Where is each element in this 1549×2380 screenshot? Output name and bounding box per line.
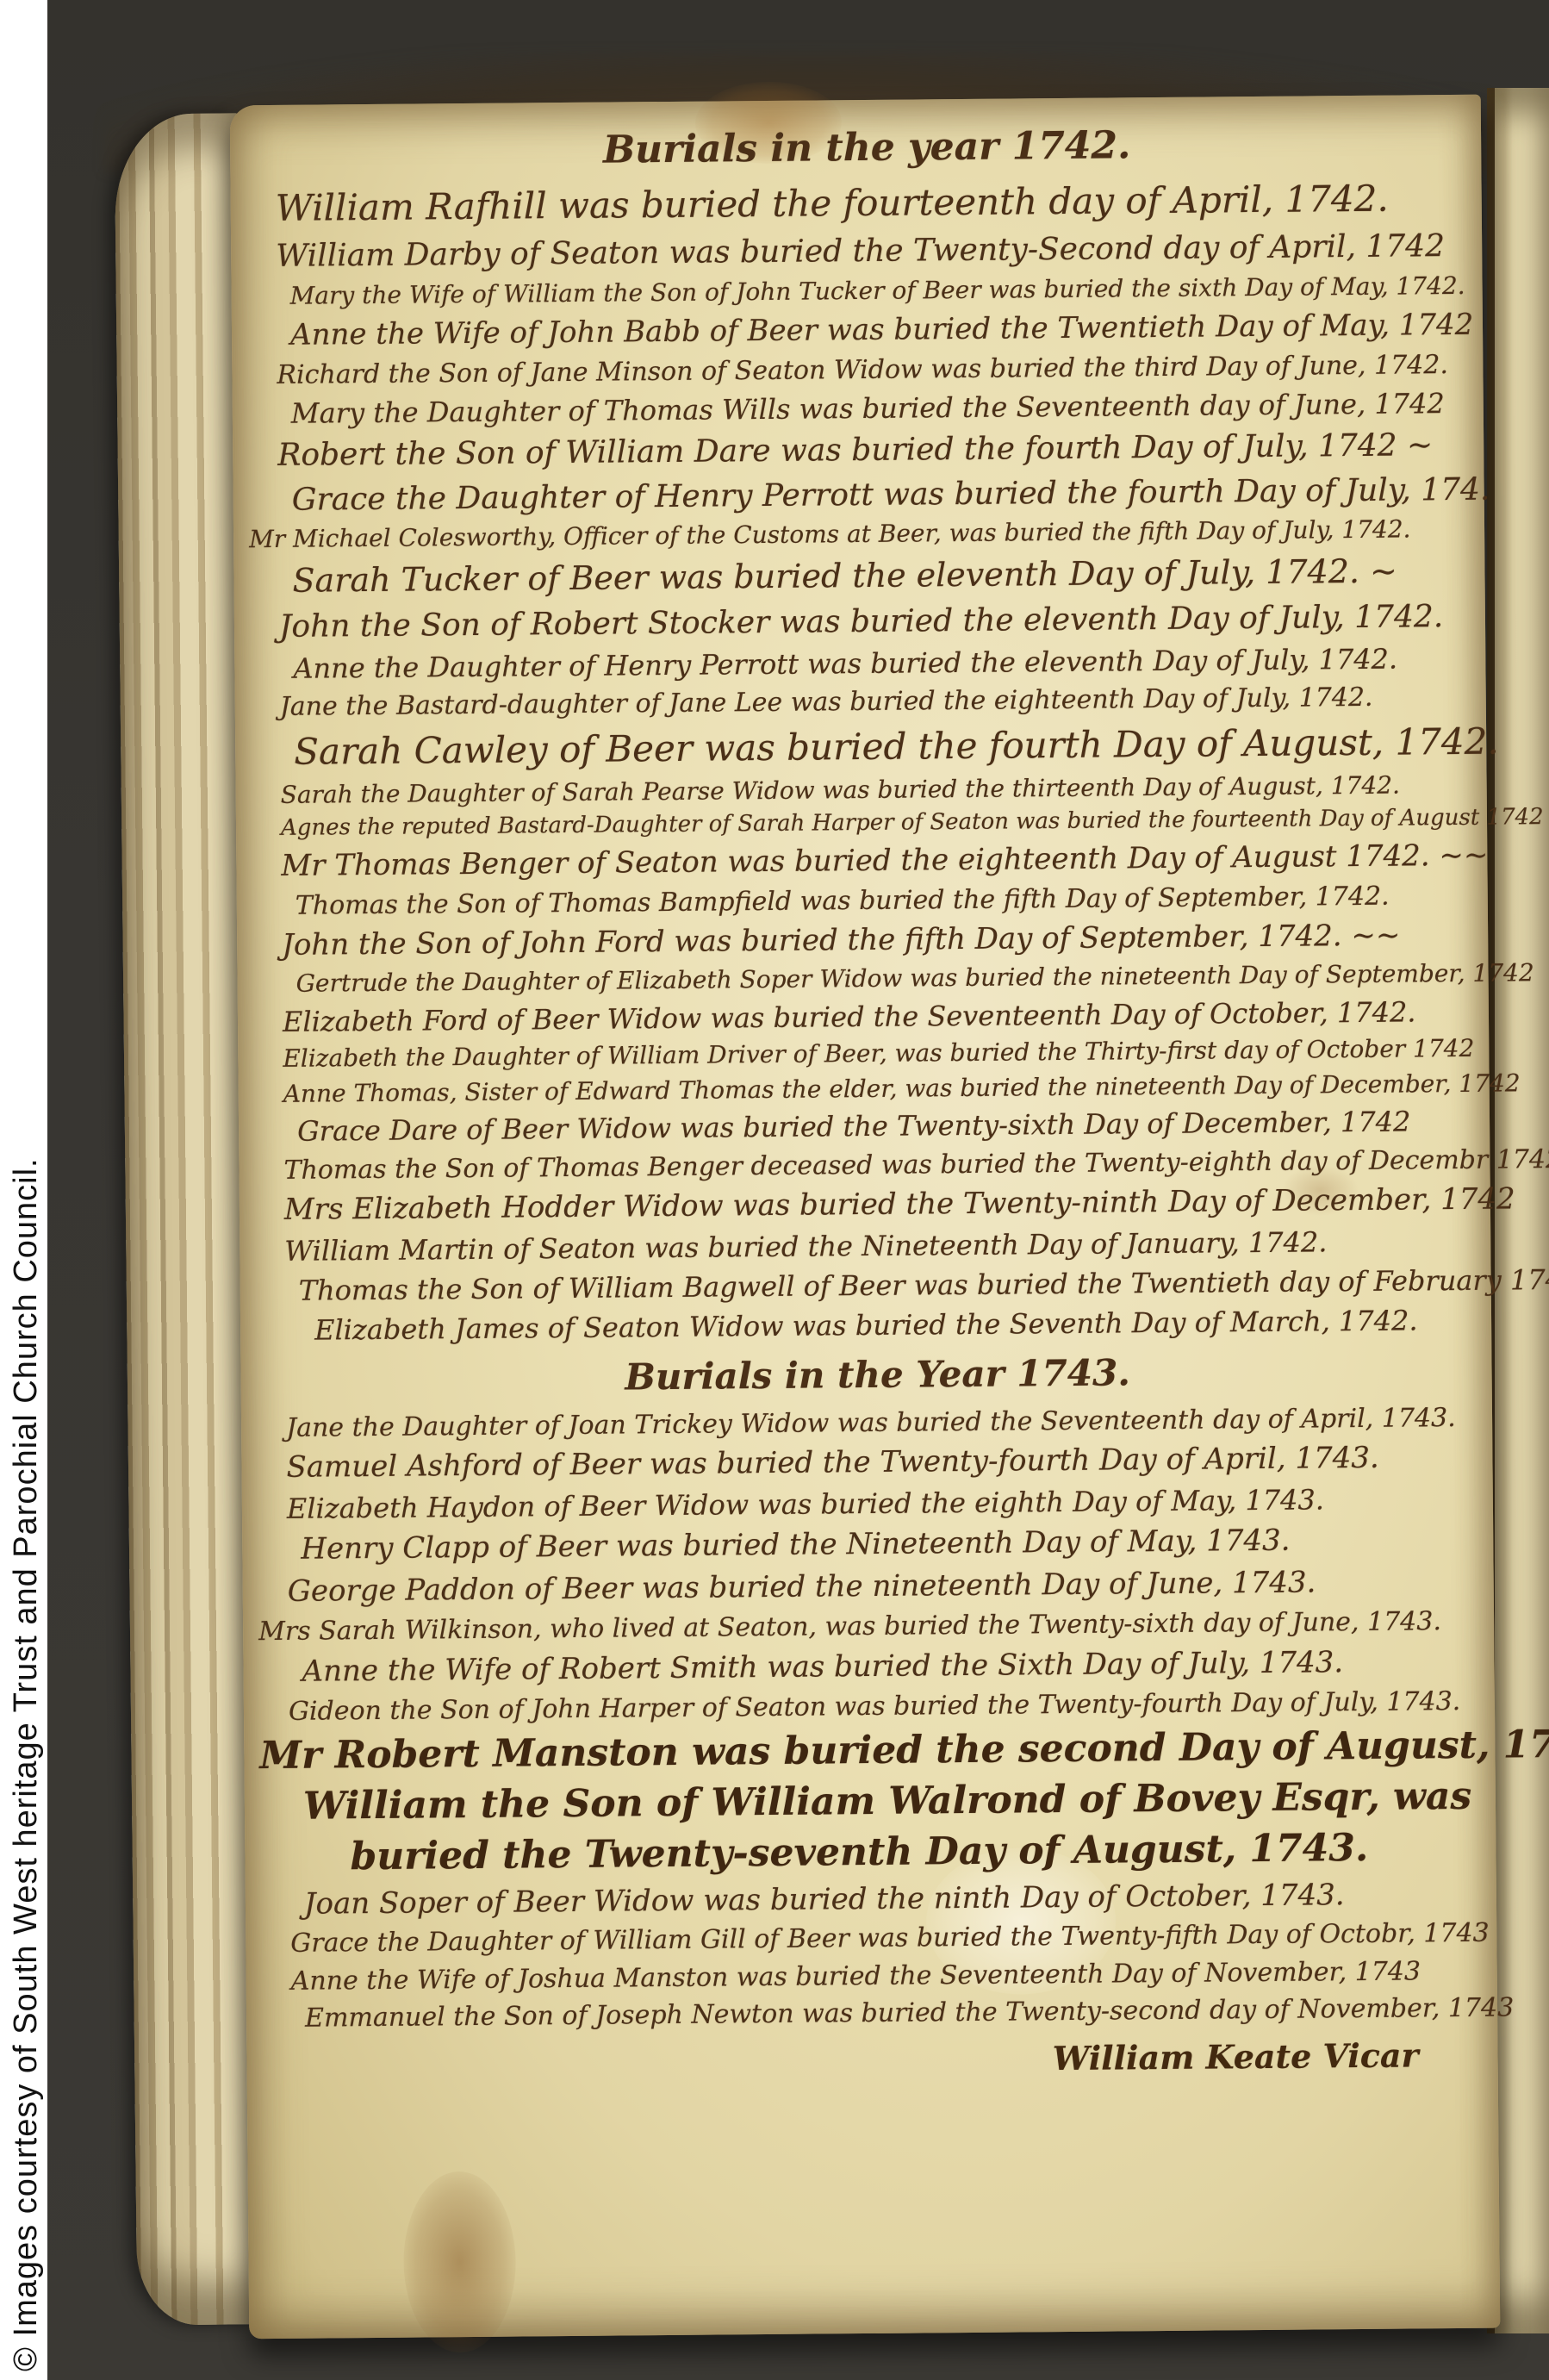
burial-entry: Sarah Cawley of Beer was buried the four… xyxy=(294,717,1464,777)
register-page: Burials in the year 1742. William Rafhil… xyxy=(230,95,1501,2340)
year-heading-1742: Burials in the year 1742. xyxy=(275,117,1459,178)
burial-entry: Elizabeth James of Seaton Widow was buri… xyxy=(314,1301,1469,1349)
burial-entry: Robert the Son of William Dare was burie… xyxy=(277,424,1461,477)
copyright-notice: © Images courtesy of South West heritage… xyxy=(8,1157,45,2371)
burial-entry: John the Son of Robert Stocker was burie… xyxy=(279,595,1463,648)
burial-register-text: Burials in the year 1742. William Rafhil… xyxy=(230,95,1498,2084)
burial-entry: Grace the Daughter of Henry Perrott was … xyxy=(292,469,1462,522)
burial-entry: William Rafhill was buried the fourteent… xyxy=(276,173,1459,234)
year-heading-1743: Burials in the Year 1743. xyxy=(285,1346,1469,1405)
ink-stain xyxy=(403,2171,517,2353)
burial-entry: buried the Twenty-seventh Day of August,… xyxy=(350,1822,1473,1882)
burial-entry: Sarah Tucker of Beer was buried the elev… xyxy=(292,548,1462,603)
copyright-strip: © Images courtesy of South West heritage… xyxy=(0,0,47,2380)
burial-entry: William Darby of Seaton was buried the T… xyxy=(276,225,1459,278)
vicar-signature: William Keate Vicar xyxy=(291,2034,1475,2084)
burial-entry: Mr Robert Manston was buried the second … xyxy=(259,1721,1472,1780)
photo-background: © Images courtesy of South West heritage… xyxy=(0,0,1549,2380)
burial-entry: William the Son of William Walrond of Bo… xyxy=(303,1772,1473,1831)
